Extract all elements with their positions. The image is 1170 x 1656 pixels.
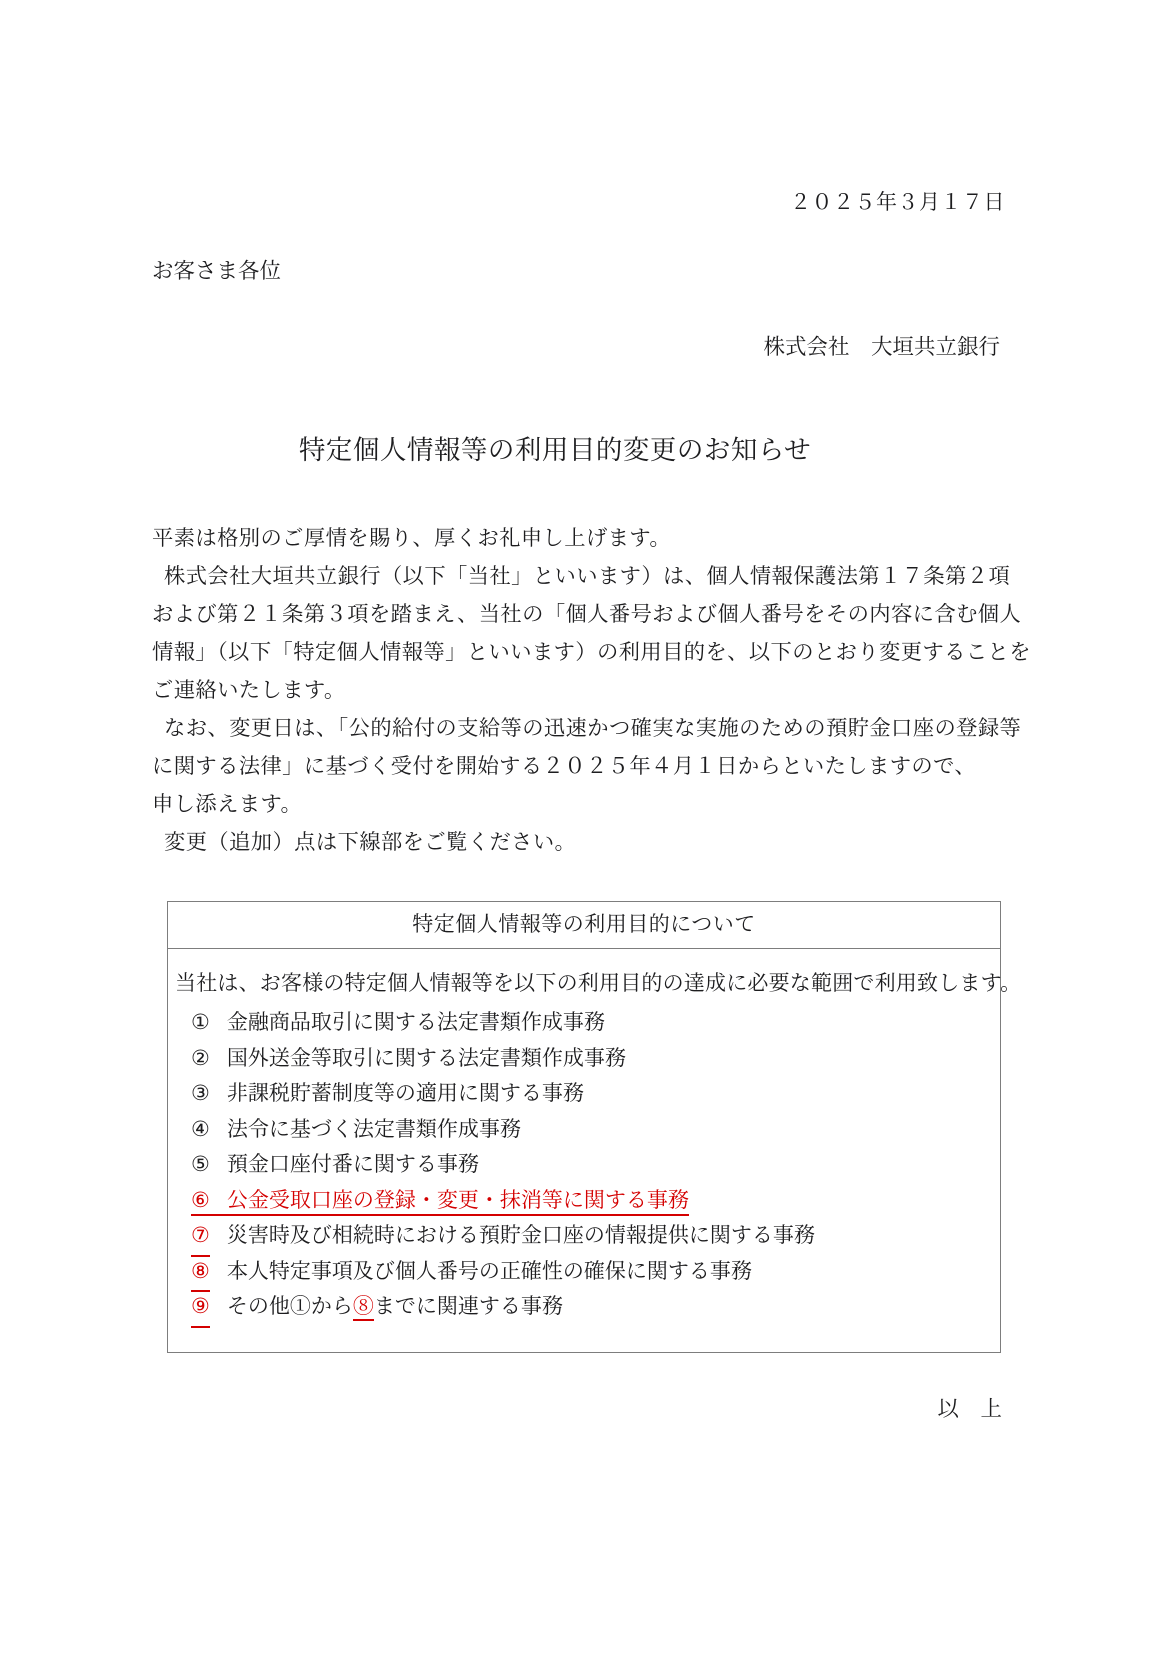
body-line: 変更（追加）点は下線部をご覧ください。 xyxy=(152,823,1028,861)
purpose-item-8: ⑧本人特定事項及び個人番号の正確性の確保に関する事務 xyxy=(175,1254,990,1290)
purpose-item-3: ③非課税貯蓄制度等の適用に関する事務 xyxy=(175,1076,990,1112)
item-number: ⑥ xyxy=(191,1183,210,1219)
body-line: 平素は格別のご厚情を賜り、厚くお礼申し上げます。 xyxy=(152,519,1028,557)
document-title: 特定個人情報等の利用目的変更のお知らせ xyxy=(122,428,988,467)
item-text-before: その他①から xyxy=(227,1294,353,1318)
purpose-box-header: 特定個人情報等の利用目的について xyxy=(168,902,1000,949)
inline-red-reference: ⑧ xyxy=(353,1294,374,1321)
purpose-of-use-box: 特定個人情報等の利用目的について 当社は、お客様の特定個人情報等を以下の利用目的… xyxy=(167,901,1001,1353)
body-line: および第２１条第３項を踏まえ、当社の「個人番号および個人番号をその内容に含む個人 xyxy=(152,595,1028,633)
body-line: 申し添えます。 xyxy=(152,785,1028,823)
item-number: ② xyxy=(191,1041,210,1077)
addressee-line: お客さま各位 xyxy=(152,254,281,285)
notice-letter-page: ２０２５年３月１７日 お客さま各位 株式会社 大垣共立銀行 特定個人情報等の利用… xyxy=(0,0,1170,1656)
item-number: ⑤ xyxy=(191,1147,210,1183)
body-text: 平素は格別のご厚情を賜り、厚くお礼申し上げます。 株式会社大垣共立銀行（以下「当… xyxy=(152,519,1028,861)
item-number: ① xyxy=(191,1005,210,1041)
document-date: ２０２５年３月１７日 xyxy=(790,186,1005,216)
purpose-box-content: 当社は、お客様の特定個人情報等を以下の利用目的の達成に必要な範囲で利用致します。… xyxy=(168,949,1000,1325)
item-text: 預金口座付番に関する事務 xyxy=(227,1152,479,1176)
purpose-item-7: ⑦災害時及び相続時における預貯金口座の情報提供に関する事務 xyxy=(175,1218,990,1254)
purpose-item-9: ⑨その他①から⑧までに関連する事務 xyxy=(175,1289,990,1325)
item-number-red: ⑨ xyxy=(191,1289,210,1328)
red-underlined-item: ⑥公金受取口座の登録・変更・抹消等に関する事務 xyxy=(191,1188,689,1216)
purpose-list: ①金融商品取引に関する法定書類作成事務 ②国外送金等取引に関する法定書類作成事務… xyxy=(175,1005,990,1325)
item-text: 公金受取口座の登録・変更・抹消等に関する事務 xyxy=(227,1188,689,1212)
purpose-item-4: ④法令に基づく法定書類作成事務 xyxy=(175,1112,990,1148)
item-text: 災害時及び相続時における預貯金口座の情報提供に関する事務 xyxy=(227,1223,815,1247)
purpose-item-6-highlighted: ⑥公金受取口座の登録・変更・抹消等に関する事務 xyxy=(175,1183,990,1219)
purpose-box-intro: 当社は、お客様の特定個人情報等を以下の利用目的の達成に必要な範囲で利用致します。 xyxy=(175,967,990,999)
body-line: ご連絡いたします。 xyxy=(152,671,1028,709)
item-number-red: ⑦ xyxy=(191,1218,210,1257)
item-number: ④ xyxy=(191,1112,210,1148)
item-text-after: までに関連する事務 xyxy=(374,1294,563,1318)
item-text: 法令に基づく法定書類作成事務 xyxy=(227,1117,521,1141)
body-line: なお、変更日は、「公的給付の支給等の迅速かつ確実な実施のための預貯金口座の登録等 xyxy=(152,709,1028,747)
body-line: 情報」（以下「特定個人情報等」といいます）の利用目的を、以下のとおり変更すること… xyxy=(152,633,1028,671)
item-text: 金融商品取引に関する法定書類作成事務 xyxy=(227,1010,605,1034)
closing-mark: 以 上 xyxy=(937,1392,1002,1423)
item-text: 国外送金等取引に関する法定書類作成事務 xyxy=(227,1046,626,1070)
company-name: 株式会社 大垣共立銀行 xyxy=(763,330,1000,361)
purpose-item-1: ①金融商品取引に関する法定書類作成事務 xyxy=(175,1005,990,1041)
item-text: 非課税貯蓄制度等の適用に関する事務 xyxy=(227,1081,584,1105)
item-number-red: ⑧ xyxy=(191,1254,210,1293)
purpose-item-5: ⑤預金口座付番に関する事務 xyxy=(175,1147,990,1183)
item-text: 本人特定事項及び個人番号の正確性の確保に関する事務 xyxy=(227,1259,752,1283)
body-line: 株式会社大垣共立銀行（以下「当社」といいます）は、個人情報保護法第１７条第２項 xyxy=(152,557,1028,595)
body-line: に関する法律」に基づく受付を開始する２０２５年４月１日からといたしますので、 xyxy=(152,747,1028,785)
purpose-item-2: ②国外送金等取引に関する法定書類作成事務 xyxy=(175,1041,990,1077)
item-number: ③ xyxy=(191,1076,210,1112)
